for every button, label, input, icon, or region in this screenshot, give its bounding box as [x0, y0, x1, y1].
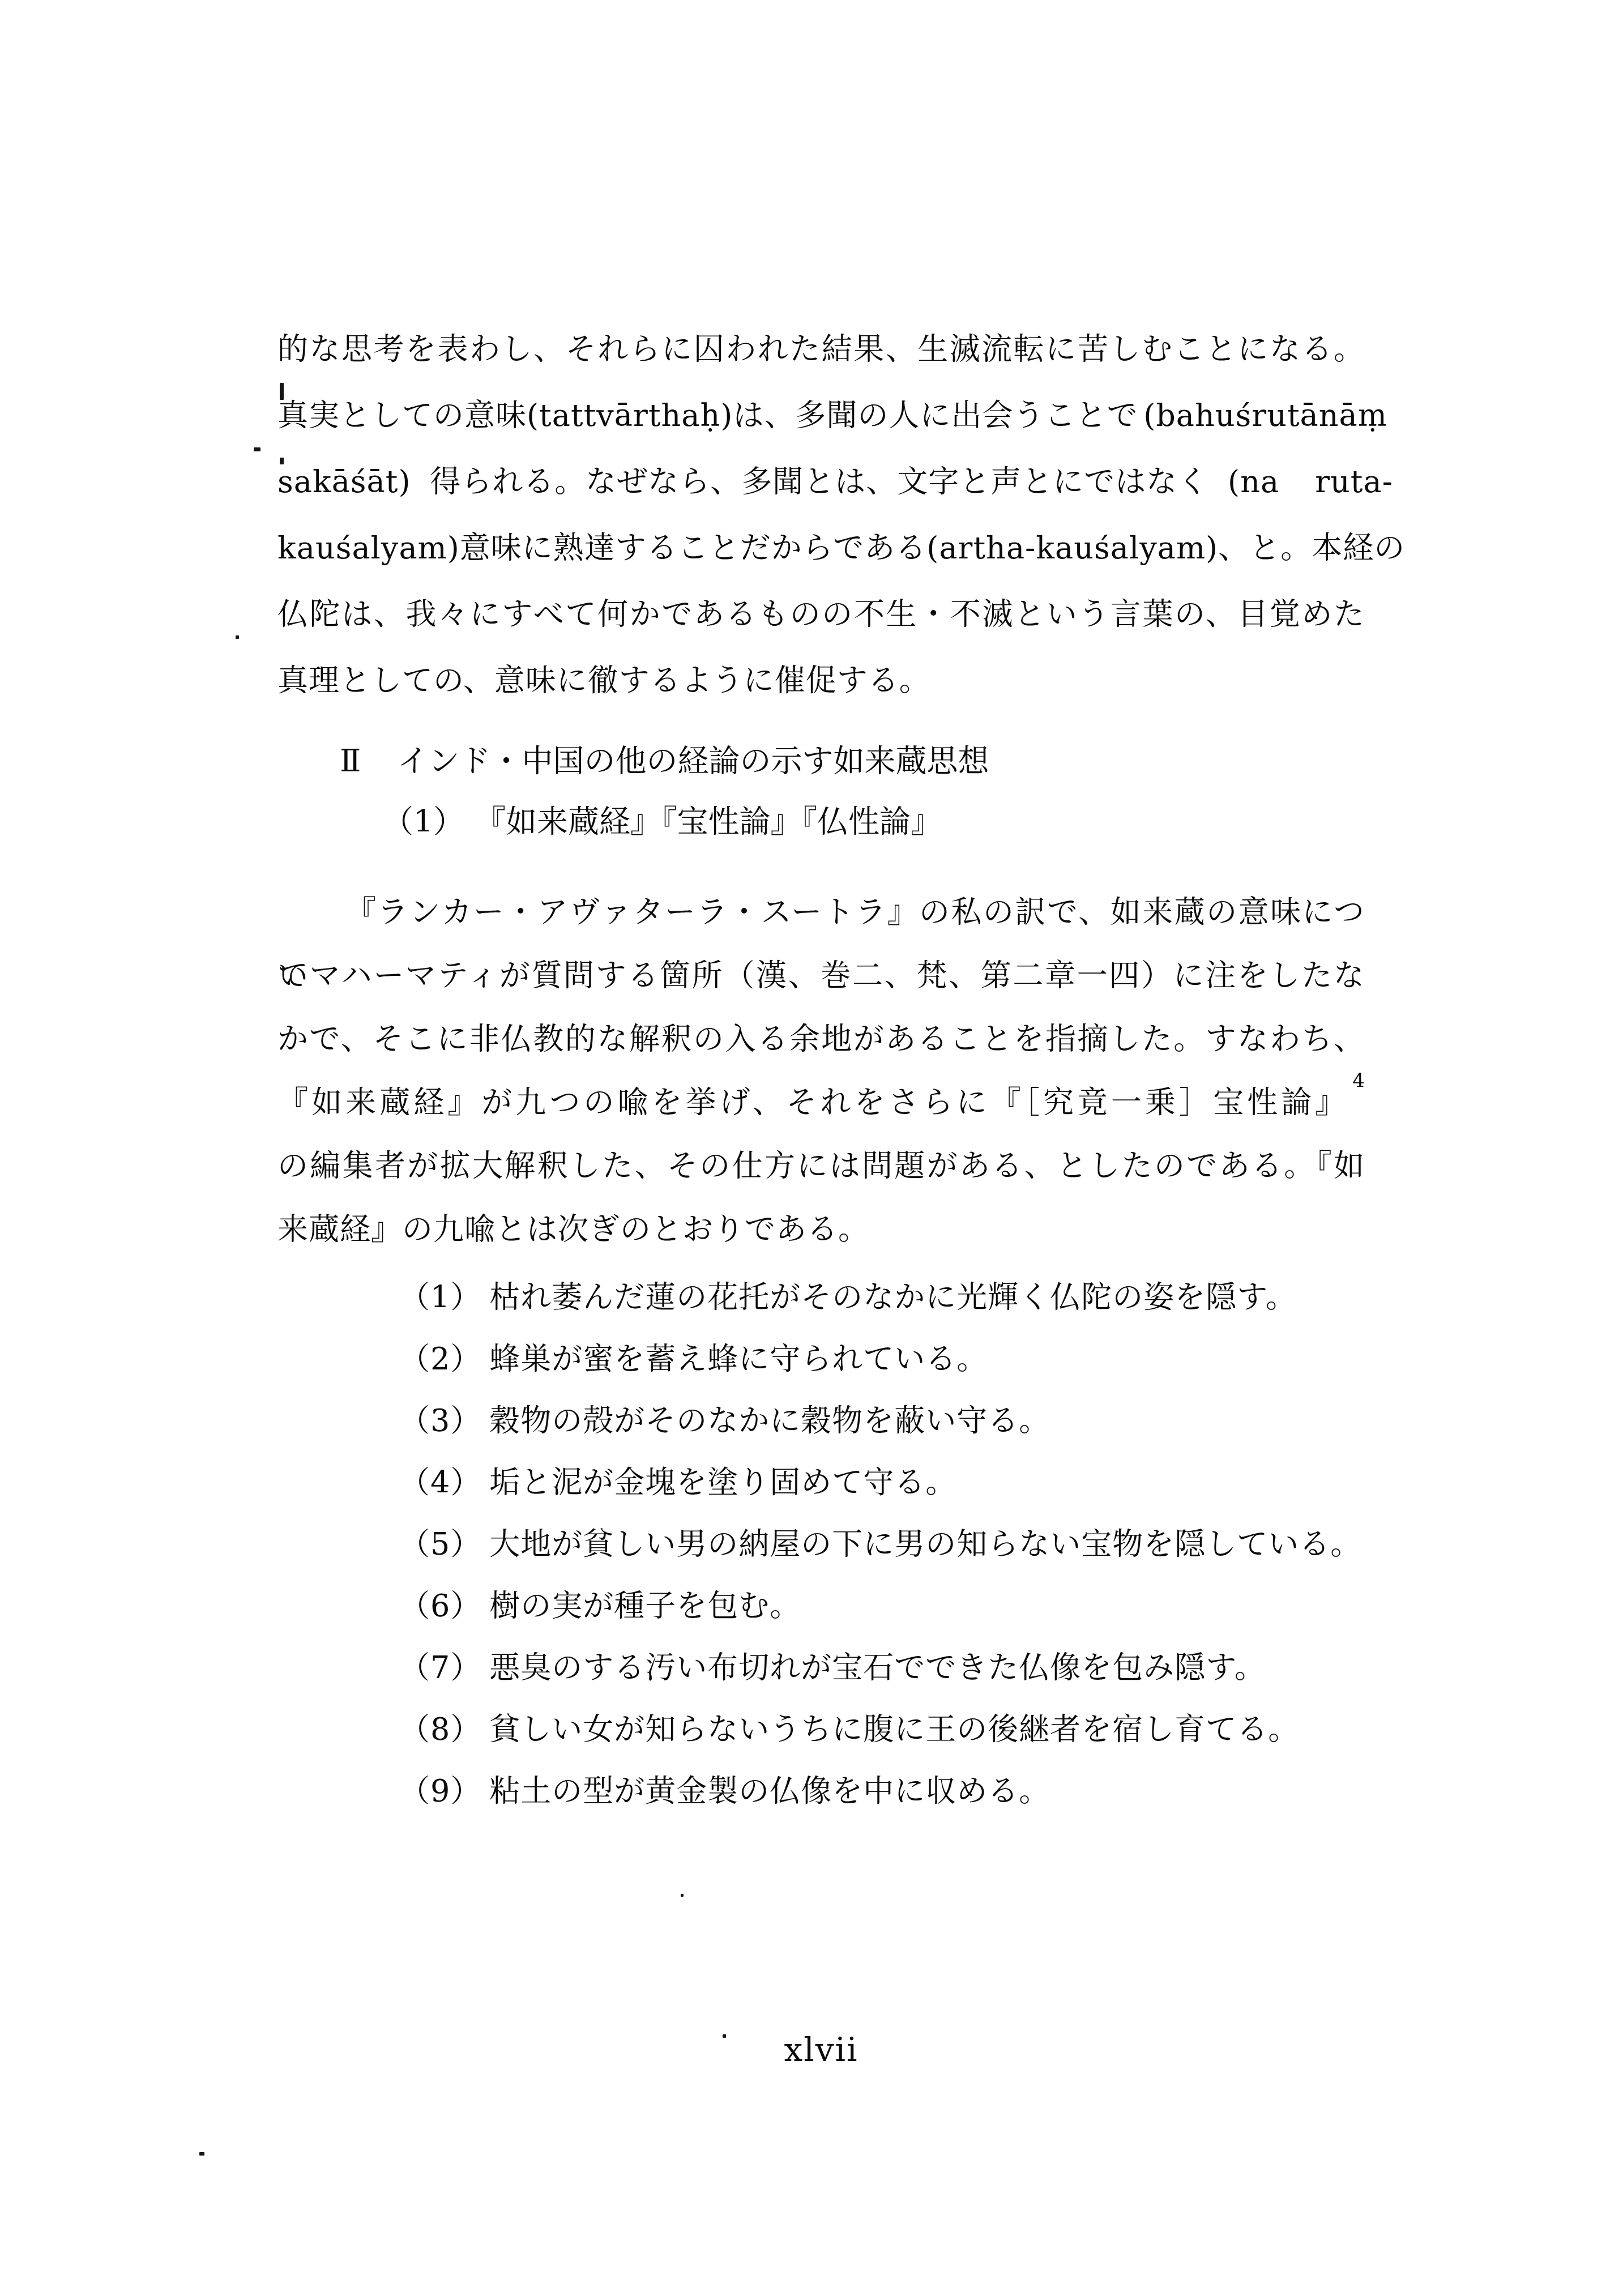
paragraph-line: 的な思考を表わし、それらに囚われた結果、生滅流転に苦しむことになる。 [277, 316, 1365, 382]
list-item-number: （2） [399, 1341, 481, 1377]
list-item: （3）穀物の殻がそのなかに穀物を蔽い守る。 [277, 1390, 1365, 1452]
scan-speck [280, 458, 284, 464]
list-item-number: （1） [399, 1279, 481, 1315]
subsection-title: 『如来蔵経』『宝性論』『仏性論』 [475, 803, 942, 839]
line-text-japanese: 『如来蔵経』が九つの喩を挙げ、それをさらに『［究竟一乗］宝性論』 [277, 1085, 1349, 1120]
list-item: （7）悪臭のする汚い布切れが宝石でできた仏像を包み隠す。 [277, 1637, 1365, 1698]
list-item-text: 樹の実が種子を包む。 [489, 1588, 801, 1624]
line-text-japanese: 得られる。なぜなら、多聞とは、文字と声とにではなく [430, 449, 1208, 515]
section-heading: Ⅱインド・中国の他の経論の示す如来蔵思想 [277, 728, 1427, 793]
nine-similes-list: （1）枯れ萎んだ蓮の花托がそのなかに光輝く仏陀の姿を隠す。 （2）蜂巣が蜜を蓄え… [277, 1266, 1365, 1822]
paragraph-line: sakāśāt) 得られる。なぜなら、多聞とは、文字と声とにではなく (na r… [277, 449, 1393, 515]
paragraph-intro: 的な思考を表わし、それらに囚われた結果、生滅流転に苦しむことになる。 真実として… [277, 316, 1365, 714]
list-item: （5）大地が貧しい男の納屋の下に男の知らない宝物を隠している。 [277, 1513, 1365, 1575]
list-item-number: （7） [399, 1650, 481, 1685]
list-item-number: （6） [399, 1588, 481, 1624]
list-item-number: （4） [399, 1465, 481, 1500]
section-title: インド・中国の他の経論の示す如来蔵思想 [397, 742, 989, 779]
footnote-marker: 4 [1352, 1069, 1365, 1092]
list-item-number: （5） [399, 1526, 481, 1562]
paragraph-line: の編集者が拡大解釈した、その仕方には問題がある、としたのである。『如 [277, 1134, 1365, 1198]
scanned-book-page: 的な思考を表わし、それらに囚われた結果、生滅流転に苦しむことになる。 真実として… [0, 0, 1623, 2296]
list-item-text: 垢と泥が金塊を塗り固めて守る。 [489, 1465, 956, 1500]
sanskrit-term: sakāśāt) [277, 449, 411, 515]
list-item: （1）枯れ萎んだ蓮の花托がそのなかに光輝く仏陀の姿を隠す。 [277, 1266, 1365, 1328]
scan-speck [236, 635, 239, 639]
list-item: （2）蜂巣が蜜を蓄え蜂に守られている。 [277, 1328, 1365, 1390]
list-item-number: （9） [399, 1773, 481, 1809]
paragraph-line: 来蔵経』の九喩とは次ぎのとおりである。 [277, 1198, 1365, 1261]
paragraph-line: 真実としての意味(tattvārthaḥ)は、多聞の人に出会うことで (bahu… [277, 382, 1387, 449]
sanskrit-term: (artha-kauśalyam)、と。本経の [926, 515, 1405, 581]
line-text-japanese: 意味に熟達することだからである [460, 515, 926, 581]
subsection-heading: （1）『如来蔵経』『宝性論』『仏性論』 [277, 788, 1470, 854]
paragraph-line: 『ランカー・アヴァターラ・スートラ』の私の訳で、如来蔵の意味につい [277, 881, 1365, 944]
scan-speck [723, 2034, 726, 2038]
scan-speck [199, 2152, 204, 2156]
list-item-number: （3） [399, 1403, 481, 1439]
paragraph-lankavatara: 『ランカー・アヴァターラ・スートラ』の私の訳で、如来蔵の意味につい てマハーマテ… [277, 881, 1365, 1261]
paragraph-line: 『如来蔵経』が九つの喩を挙げ、それをさらに『［究竟一乗］宝性論』4 [277, 1071, 1365, 1134]
list-item-text: 粘土の型が黄金製の仏像を中に収める。 [489, 1773, 1050, 1809]
paragraph-line: 仏陀は、我々にすべて何かであるものの不生・不滅という言葉の、目覚めた [277, 581, 1365, 647]
scan-speck [681, 1894, 684, 1897]
section-numeral: Ⅱ [340, 742, 361, 779]
list-item: （4）垢と泥が金塊を塗り固めて守る。 [277, 1452, 1365, 1513]
list-item-text: 悪臭のする汚い布切れが宝石でできた仏像を包み隠す。 [489, 1650, 1266, 1685]
line-text-japanese: 真実としての意味(tattvārthaḥ)は、多聞の人に出会うことで [277, 382, 1138, 449]
list-item-text: 枯れ萎んだ蓮の花托がそのなかに光輝く仏陀の姿を隠す。 [489, 1279, 1297, 1315]
list-item-number: （8） [399, 1712, 481, 1747]
scan-speck [280, 383, 284, 400]
list-item: （8）貧しい女が知らないうちに腹に王の後継者を宿し育てる。 [277, 1698, 1365, 1760]
list-item-text: 大地が貧しい男の納屋の下に男の知らない宝物を隠している。 [489, 1526, 1361, 1562]
sanskrit-term: (na ruta- [1228, 449, 1393, 515]
scan-speck [254, 447, 260, 451]
sanskrit-term: (bahuśrutānāṃ [1143, 382, 1387, 449]
paragraph-line: kauśalyam) 意味に熟達することだからである (artha-kauśal… [277, 515, 1365, 581]
list-item-text: 貧しい女が知らないうちに腹に王の後継者を宿し育てる。 [489, 1712, 1299, 1747]
list-item: （6）樹の実が種子を包む。 [277, 1575, 1365, 1637]
list-item-text: 蜂巣が蜜を蓄え蜂に守られている。 [489, 1341, 988, 1377]
subsection-label: （1） [382, 803, 464, 839]
page-number: xlvii [277, 2030, 1365, 2069]
list-item-text: 穀物の殻がそのなかに穀物を蔽い守る。 [489, 1403, 1050, 1439]
list-item: （9）粘土の型が黄金製の仏像を中に収める。 [277, 1760, 1365, 1822]
paragraph-line: 真理としての、意味に徹するように催促する。 [277, 647, 1365, 714]
sanskrit-term: kauśalyam) [277, 515, 460, 581]
paragraph-line: かで、そこに非仏教的な解釈の入る余地があることを指摘した。すなわち、 [277, 1008, 1365, 1071]
paragraph-line: てマハーマティが質問する箇所（漢、巻二、梵、第二章一四）に注をしたな [277, 944, 1365, 1008]
